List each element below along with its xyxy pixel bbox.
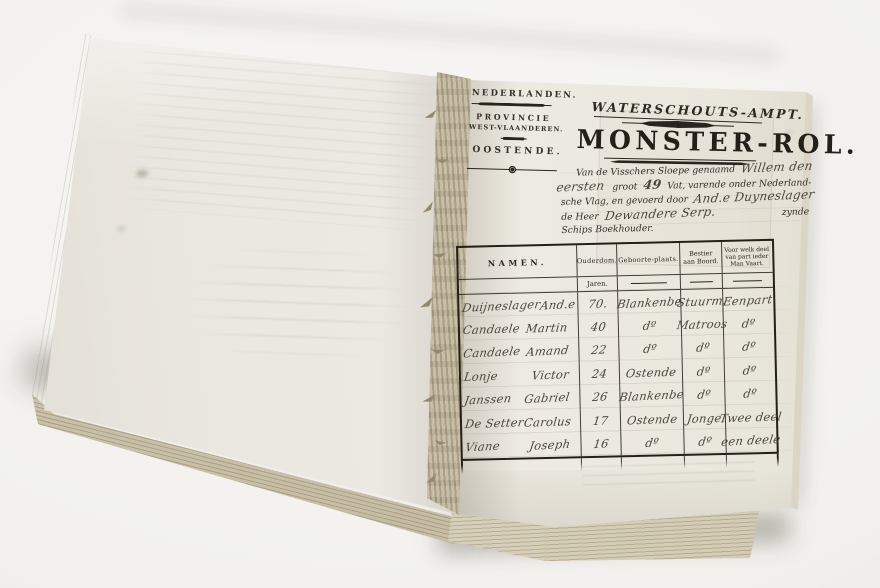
subheader-rule-cell bbox=[680, 274, 722, 289]
ornament-rule bbox=[472, 101, 552, 108]
column-header-share: Voor welk deel van part ieder Man Vaart. bbox=[721, 241, 772, 273]
name-given: Victor bbox=[531, 367, 570, 382]
margin-column: NEDERLANDEN. PROVINCIE WEST-VLAANDEREN. … bbox=[470, 88, 576, 176]
function-cell: dº bbox=[696, 387, 711, 402]
name-surname: Viane bbox=[464, 439, 501, 455]
function-cell: Matroos bbox=[676, 317, 728, 333]
muster-roll-title: MONSTER-ROL. bbox=[576, 125, 859, 161]
share-cell: Twee deel bbox=[719, 409, 783, 425]
share-cell: dº bbox=[741, 316, 756, 330]
age-cell: 17 bbox=[592, 413, 609, 428]
birthplace-cell: dº bbox=[642, 318, 657, 332]
name-given: Martin bbox=[525, 320, 568, 335]
column-header-birthplace: Geboorte-plaats. bbox=[616, 243, 680, 275]
name-given: Joseph bbox=[529, 437, 572, 453]
share-cell: dº bbox=[742, 363, 757, 377]
photo-stage: NEDERLANDEN. PROVINCIE WEST-VLAANDEREN. … bbox=[0, 0, 880, 588]
left-page-bleedthrough-text bbox=[124, 50, 435, 231]
column-header-function-line2: aan Boord. bbox=[683, 257, 719, 266]
function-cell: dº bbox=[697, 434, 712, 449]
province-name: WEST-VLAANDEREN. bbox=[469, 123, 575, 134]
muster-table: NAMEN. Ouderdom. Geboorte-plaats. Bestie… bbox=[456, 239, 779, 474]
name-given: Carolus bbox=[523, 414, 572, 430]
subheader-rule-cell bbox=[617, 275, 680, 290]
left-page-bleedthrough-handwriting bbox=[174, 231, 421, 377]
name-surname: Janssen bbox=[463, 391, 512, 407]
function-cell: dº bbox=[695, 341, 710, 356]
birthplace-cell: Ostende bbox=[626, 411, 678, 427]
share-cell: Eenpart bbox=[722, 292, 773, 309]
name-given: Amand bbox=[525, 343, 570, 359]
ink-smudge bbox=[136, 170, 148, 177]
age-cell: 70. bbox=[587, 296, 608, 311]
print-segment: zynde bbox=[782, 205, 810, 219]
age-unit-label: Jaren. bbox=[577, 276, 617, 291]
column-header-age: Ouderdom. bbox=[576, 244, 617, 276]
age-cell: 22 bbox=[590, 343, 607, 358]
print-segment: Schips Boekhouder. bbox=[561, 222, 653, 237]
handwritten-ship-name-1: Willem den bbox=[740, 160, 813, 176]
name-given: Gabriel bbox=[523, 390, 570, 406]
age-cell: 40 bbox=[590, 320, 607, 335]
province-label: PROVINCIE bbox=[476, 112, 575, 124]
birthplace-cell: Blankenbe bbox=[616, 294, 683, 311]
column-header-names: NAMEN. bbox=[458, 245, 577, 279]
name-surname: Lonje bbox=[463, 369, 499, 384]
name-surname: Candaele bbox=[462, 321, 521, 337]
name-surname: Duijneslager bbox=[461, 297, 541, 315]
age-cell: 26 bbox=[591, 390, 608, 405]
birthplace-cell: Blankenbe bbox=[618, 387, 685, 404]
subheader-empty bbox=[459, 277, 577, 294]
handwritten-tonnage: 49 bbox=[642, 178, 662, 192]
city-label: OOSTENDE. bbox=[472, 145, 574, 158]
function-cell: dº bbox=[696, 364, 711, 378]
print-segment: groot bbox=[612, 180, 637, 194]
age-cell: 16 bbox=[592, 436, 609, 451]
ornament-rule bbox=[501, 136, 527, 142]
name-surname: Candaele bbox=[462, 344, 521, 361]
birthplace-cell: Ostende bbox=[625, 365, 677, 381]
muster-table-frame: NAMEN. Ouderdom. Geboorte-plaats. Bestie… bbox=[456, 239, 779, 461]
share-cell: dº bbox=[742, 386, 757, 401]
name-surname: De Setter bbox=[464, 415, 524, 431]
print-segment: de Heer bbox=[561, 210, 599, 224]
ink-smudge bbox=[118, 226, 125, 231]
column-header-function: Bestier aan Boord. bbox=[679, 242, 722, 274]
handwritten-ship-name-2: eersten bbox=[556, 180, 606, 195]
birthplace-cell: dº bbox=[645, 435, 660, 450]
function-cell: Stuurm. bbox=[676, 293, 728, 310]
birthplace-cell: dº bbox=[643, 342, 658, 357]
age-cell: 24 bbox=[591, 366, 608, 381]
share-cell: een deele bbox=[720, 432, 781, 449]
function-cell: Jonge bbox=[686, 410, 722, 425]
share-cell: dº bbox=[741, 339, 756, 354]
name-given: And.e bbox=[539, 296, 576, 312]
country-label: NEDERLANDEN. bbox=[472, 88, 576, 101]
subheader-rule-cell bbox=[722, 273, 772, 288]
declaration-paragraph: Van de Visschers Sloepe genaamd Willem d… bbox=[560, 160, 810, 237]
